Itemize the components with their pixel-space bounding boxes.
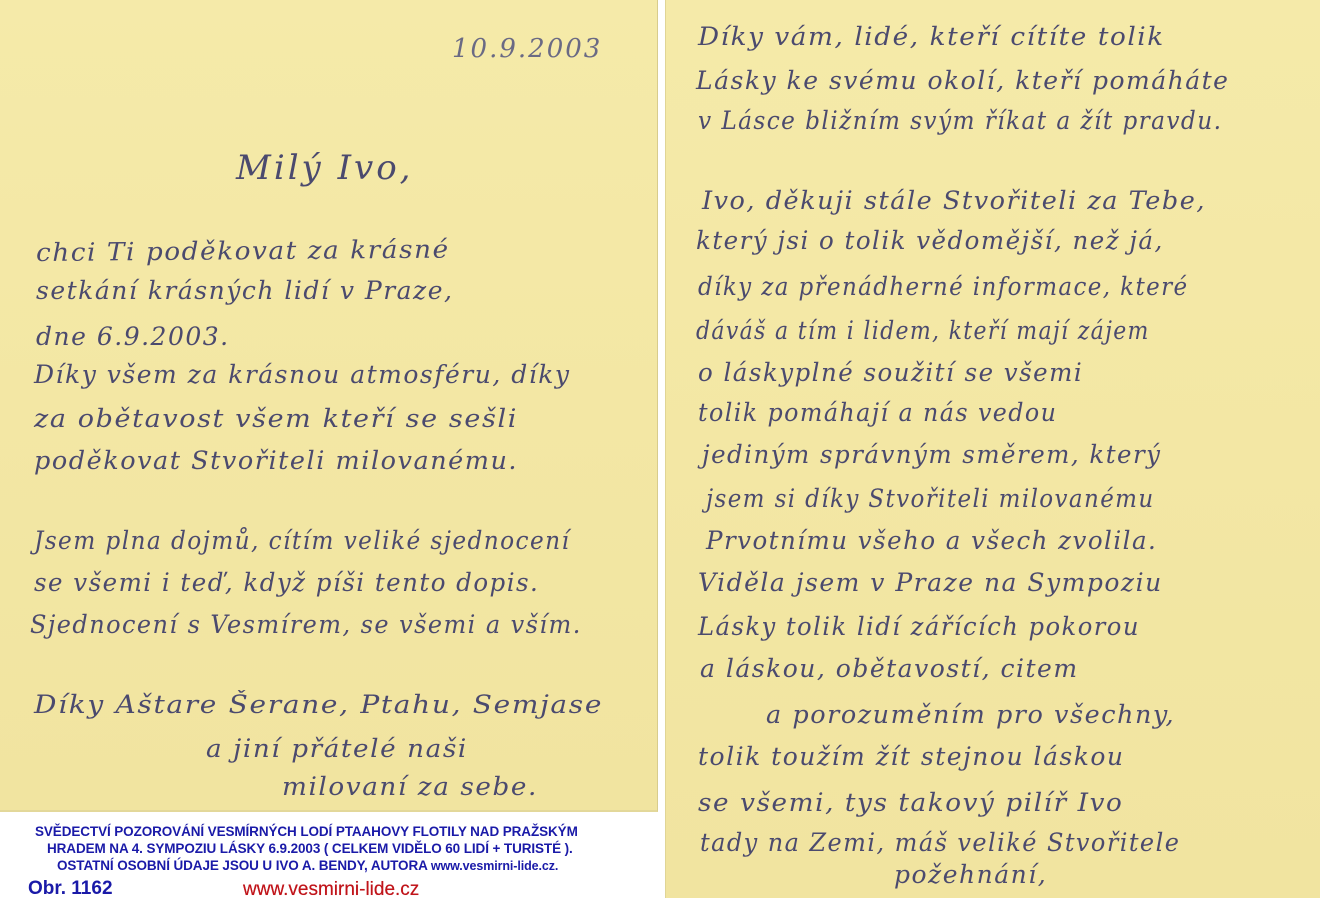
figure-number: Obr. 1162 [28, 878, 113, 900]
letter-line: dne 6.9.2003. [36, 322, 230, 351]
letter-line: požehnání, [894, 860, 1047, 889]
letter-line: Díky Aštare Šerane, Ptahu, Semjase [34, 690, 603, 719]
letter-line: Sjednocení s Vesmírem, se všemi a vším. [30, 610, 582, 639]
letter-line: milovaní za sebe. [282, 772, 538, 801]
letter-date: 10.9.2003 [452, 34, 602, 64]
letter-line: Prvotnímu všeho a všech zvolila. [706, 526, 1157, 555]
letter-page-left: 10.9.2003 Milý Ivo, chci Ti poděkovat za… [0, 0, 658, 812]
letter-line: jsem si díky Stvořiteli milovanému [706, 484, 1155, 513]
letter-line: dáváš a tím i lidem, kteří mají zájem [696, 316, 1150, 345]
letter-line: se všemi i teď, když píši tento dopis. [34, 568, 539, 597]
letter-line: Díky vám, lidé, kteří cítíte tolik [698, 22, 1165, 51]
letter-line: Ivo, děkuji stále Stvořiteli za Tebe, [702, 186, 1206, 215]
letter-line: jediným správným směrem, který [702, 440, 1161, 469]
letter-line: který jsi o tolik vědomější, než já, [696, 226, 1164, 255]
figure-caption: SVĚDECTVÍ POZOROVÁNÍ VESMÍRNÝCH LODÍ PTA… [0, 816, 660, 900]
letter-line: tady na Zemi, máš veliké Stvořitele [700, 828, 1180, 857]
letter-line: a porozuměním pro všechny, [766, 700, 1175, 729]
letter-line: tolik pomáhají a nás vedou [698, 398, 1057, 427]
letter-line: poděkovat Stvořiteli milovanému. [34, 446, 518, 475]
site-url-link[interactable]: www.vesmirni-lide.cz [243, 879, 419, 900]
letter-line: setkání krásných lidí v Praze, [36, 276, 453, 305]
caption-author-text: OSTATNÍ OSOBNÍ ÚDAJE JSOU U IVO A. BENDY… [57, 858, 427, 873]
letter-line: a jiní přátelé naši [206, 734, 468, 763]
caption-line-1: SVĚDECTVÍ POZOROVÁNÍ VESMÍRNÝCH LODÍ PTA… [35, 824, 578, 839]
letter-line: Lásky tolik lidí zářících pokorou [698, 612, 1140, 641]
letter-line: Lásky ke svému okolí, kteří pomáháte [696, 66, 1229, 95]
letter-line: se všemi, tys takový pilíř Ivo [698, 788, 1123, 817]
letter-line: v Lásce bližním svým říkat a žít pravdu. [698, 106, 1222, 135]
letter-line: Viděla jsem v Praze na Sympoziu [698, 568, 1163, 597]
caption-line-3: OSTATNÍ OSOBNÍ ÚDAJE JSOU U IVO A. BENDY… [57, 858, 558, 873]
letter-line: za obětavost všem kteří se sešli [34, 404, 518, 433]
caption-line-2: HRADEM NA 4. SYMPOZIU LÁSKY 6.9.2003 ( C… [47, 841, 573, 856]
letter-line: o láskyplné soužití se všemi [698, 358, 1083, 387]
letter-line: Jsem plna dojmů, cítím veliké sjednocení [34, 526, 570, 555]
letter-greeting: Milý Ivo, [236, 148, 414, 188]
letter-line: Díky všem za krásnou atmosféru, díky [34, 360, 571, 389]
letter-page-right: Díky vám, lidé, kteří cítíte tolik Lásky… [665, 0, 1320, 898]
letter-line: díky za přenádherné informace, které [698, 272, 1188, 301]
caption-inline-url[interactable]: www.vesmirni-lide.cz. [431, 859, 558, 873]
letter-line: chci Ti poděkovat za krásné [36, 235, 450, 267]
letter-line: tolik toužím žít stejnou láskou [698, 742, 1125, 771]
letter-line: a láskou, obětavostí, citem [700, 654, 1079, 683]
